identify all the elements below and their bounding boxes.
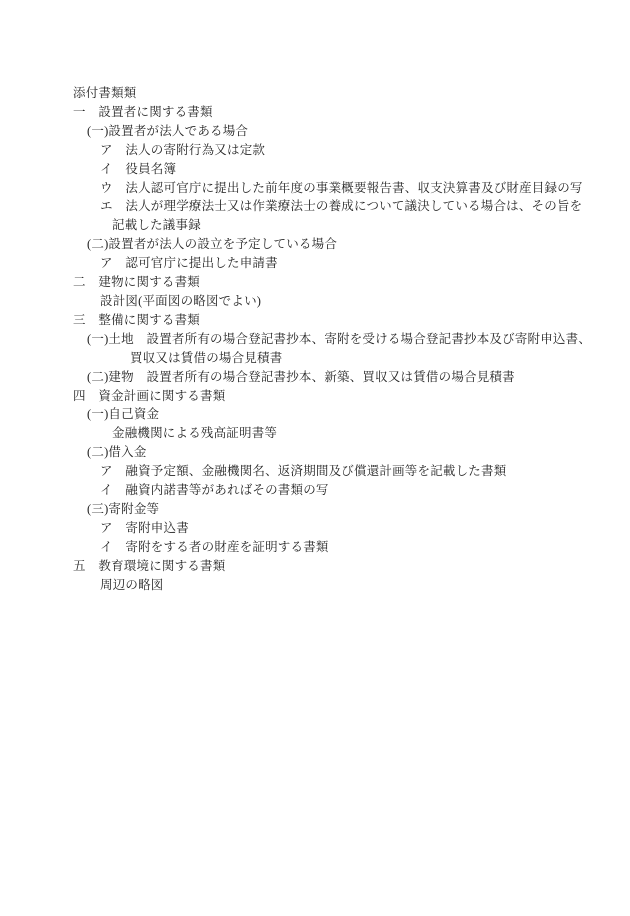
doc-line-continuation: 記載した議事録 [0, 216, 630, 235]
doc-line-section-2: 二 建物に関する書類 [0, 273, 630, 292]
doc-line-section-5: 五 教育環境に関する書類 [0, 557, 630, 576]
doc-line-section-3: 三 整備に関する書類 [0, 311, 630, 330]
doc-line: イ 役員名簿 [0, 160, 630, 179]
document-page: 添付書類類 一 設置者に関する書類 (一)設置者が法人である場合 ア 法人の寄附… [0, 0, 630, 916]
doc-line: エ 法人が理学療法士又は作業療法士の養成について議決している場合は、その旨を [0, 197, 630, 216]
doc-line: イ 寄附をする者の財産を証明する書類 [0, 538, 630, 557]
doc-line-continuation: 買収又は賃借の場合見積書 [0, 349, 630, 368]
doc-line: ウ 法人認可官庁に提出した前年度の事業概要報告書、収支決算書及び財産目録の写 [0, 179, 630, 198]
doc-line: (三)寄附金等 [0, 500, 630, 519]
page-title: 添付書類類 [0, 84, 630, 103]
doc-line: (一)設置者が法人である場合 [0, 122, 630, 141]
doc-line: (一)土地 設置者所有の場合登記書抄本、寄附を受ける場合登記書抄本及び寄附申込書… [0, 330, 630, 349]
doc-line: 周辺の略図 [0, 576, 630, 595]
doc-line: 設計図(平面図の略図でよい) [0, 292, 630, 311]
doc-line-section-4: 四 資金計画に関する書類 [0, 387, 630, 406]
doc-line-continuation: 金融機関による残高証明書等 [0, 424, 630, 443]
doc-line: イ 融資内諾書等があればその書類の写 [0, 481, 630, 500]
doc-line: (二)借入金 [0, 443, 630, 462]
doc-line: ア 寄附申込書 [0, 519, 630, 538]
doc-line: ア 認可官庁に提出した申請書 [0, 254, 630, 273]
doc-line: (二)建物 設置者所有の場合登記書抄本、新築、買収又は賃借の場合見積書 [0, 368, 630, 387]
doc-line-section-1: 一 設置者に関する書類 [0, 103, 630, 122]
doc-line: ア 融資予定額、金融機関名、返済期間及び償還計画等を記載した書類 [0, 462, 630, 481]
doc-line: (二)設置者が法人の設立を予定している場合 [0, 235, 630, 254]
doc-line: (一)自己資金 [0, 405, 630, 424]
doc-line: ア 法人の寄附行為又は定款 [0, 141, 630, 160]
